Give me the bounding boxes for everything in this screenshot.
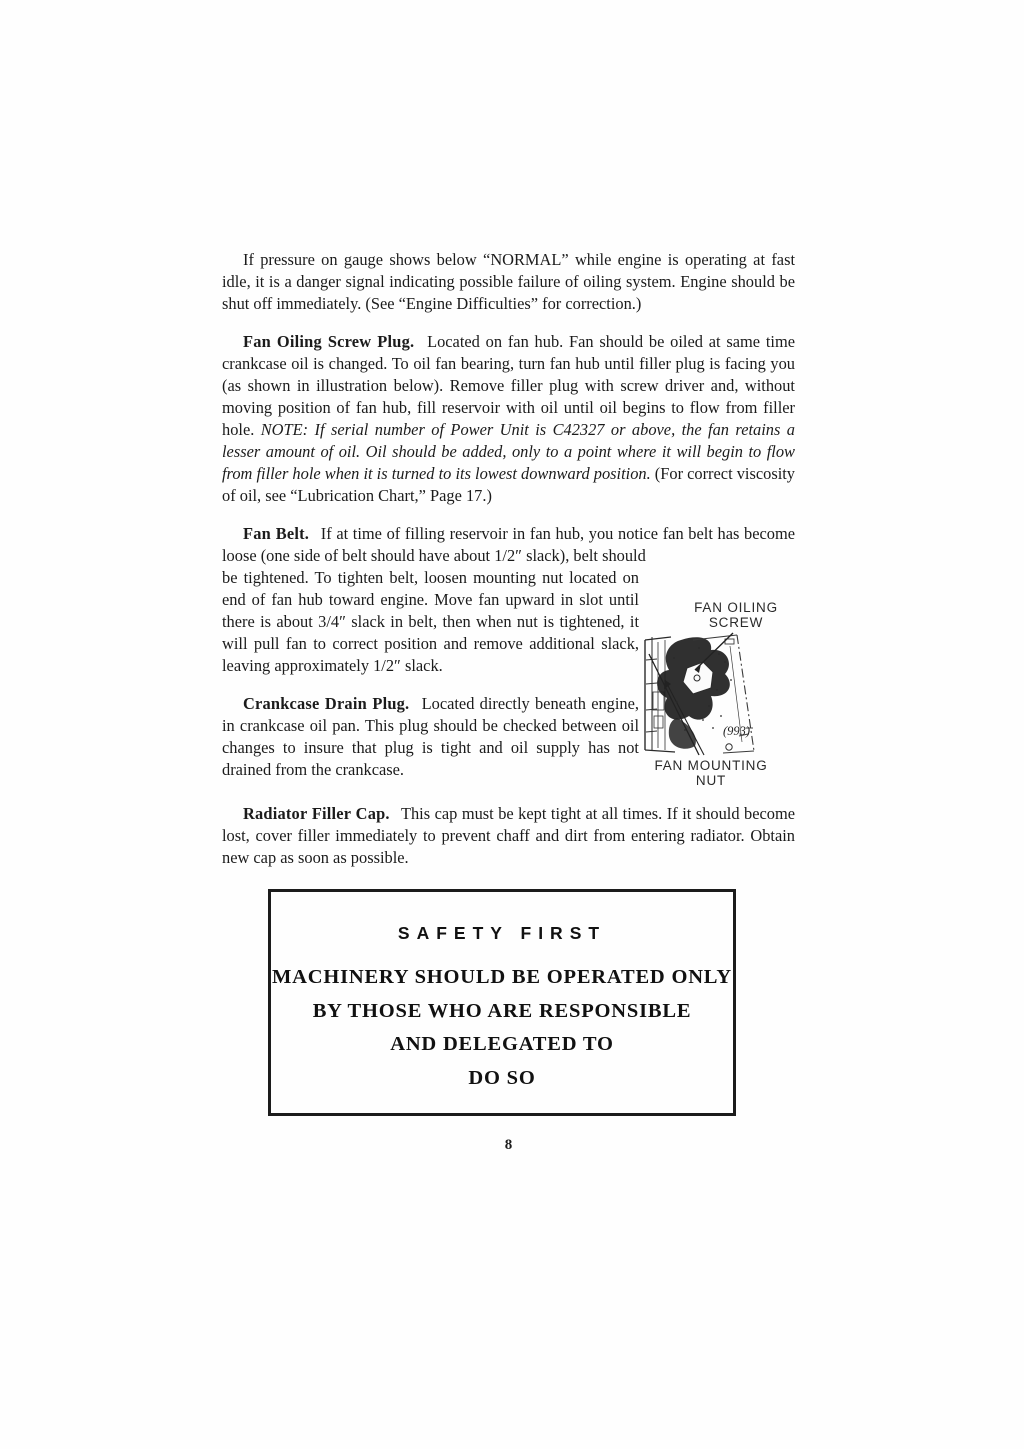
figure-label-line: NUT <box>641 773 781 788</box>
figure-label-fan-oiling-screw: FAN OILING SCREW <box>641 600 795 630</box>
intro-text: If pressure on gauge shows below “NORMAL… <box>222 250 795 313</box>
safety-box-line: BY THOSE WHO ARE RESPONSIBLE <box>271 995 733 1029</box>
fan-oiling-heading: Fan Oiling Screw Plug. <box>243 332 414 351</box>
fan-belt-heading: Fan Belt. <box>243 524 309 543</box>
safety-first-box: SAFETY FIRST MACHINERY SHOULD BE OPERATE… <box>268 889 736 1116</box>
crankcase-heading: Crankcase Drain Plug. <box>243 694 409 713</box>
fan-oiling-paragraph: Fan Oiling Screw Plug. Located on fan hu… <box>222 331 795 507</box>
safety-box-line: AND DELEGATED TO <box>271 1028 733 1062</box>
figure-label-line: SCREW <box>677 615 795 630</box>
fan-belt-paragraph-narrow: be tightened. To tighten belt, loosen mo… <box>222 567 639 677</box>
safety-box-line: MACHINERY SHOULD BE OPERATED ONLY <box>271 961 733 995</box>
radiator-paragraph: Radiator Filler Cap. This cap must be ke… <box>222 803 795 869</box>
fan-belt-body-narrow: be tightened. To tighten belt, loosen mo… <box>222 568 639 675</box>
figure-number: (993) <box>723 724 750 739</box>
fan-belt-paragraph-wide: Fan Belt. If at time of filling reservoi… <box>222 523 795 567</box>
figure-canvas: (993) <box>641 632 761 756</box>
safety-box-line: DO SO <box>271 1062 733 1096</box>
fan-belt-section: FAN OILING SCREW <box>222 523 795 781</box>
figure-label-fan-mounting-nut: FAN MOUNTING NUT <box>641 758 795 788</box>
figure-label-line: FAN MOUNTING <box>654 758 767 773</box>
manual-page: If pressure on gauge shows below “NORMAL… <box>0 0 1024 1449</box>
intro-paragraph: If pressure on gauge shows below “NORMAL… <box>222 249 795 315</box>
safety-box-title: SAFETY FIRST <box>271 923 733 944</box>
figure-label-line: FAN OILING <box>694 600 778 615</box>
fan-hub-figure: FAN OILING SCREW <box>641 600 795 788</box>
page-number: 8 <box>222 1137 795 1154</box>
page-content: If pressure on gauge shows below “NORMAL… <box>222 249 795 1154</box>
radiator-heading: Radiator Filler Cap. <box>243 804 390 823</box>
crankcase-paragraph: Crankcase Drain Plug. Located directly b… <box>222 693 639 781</box>
